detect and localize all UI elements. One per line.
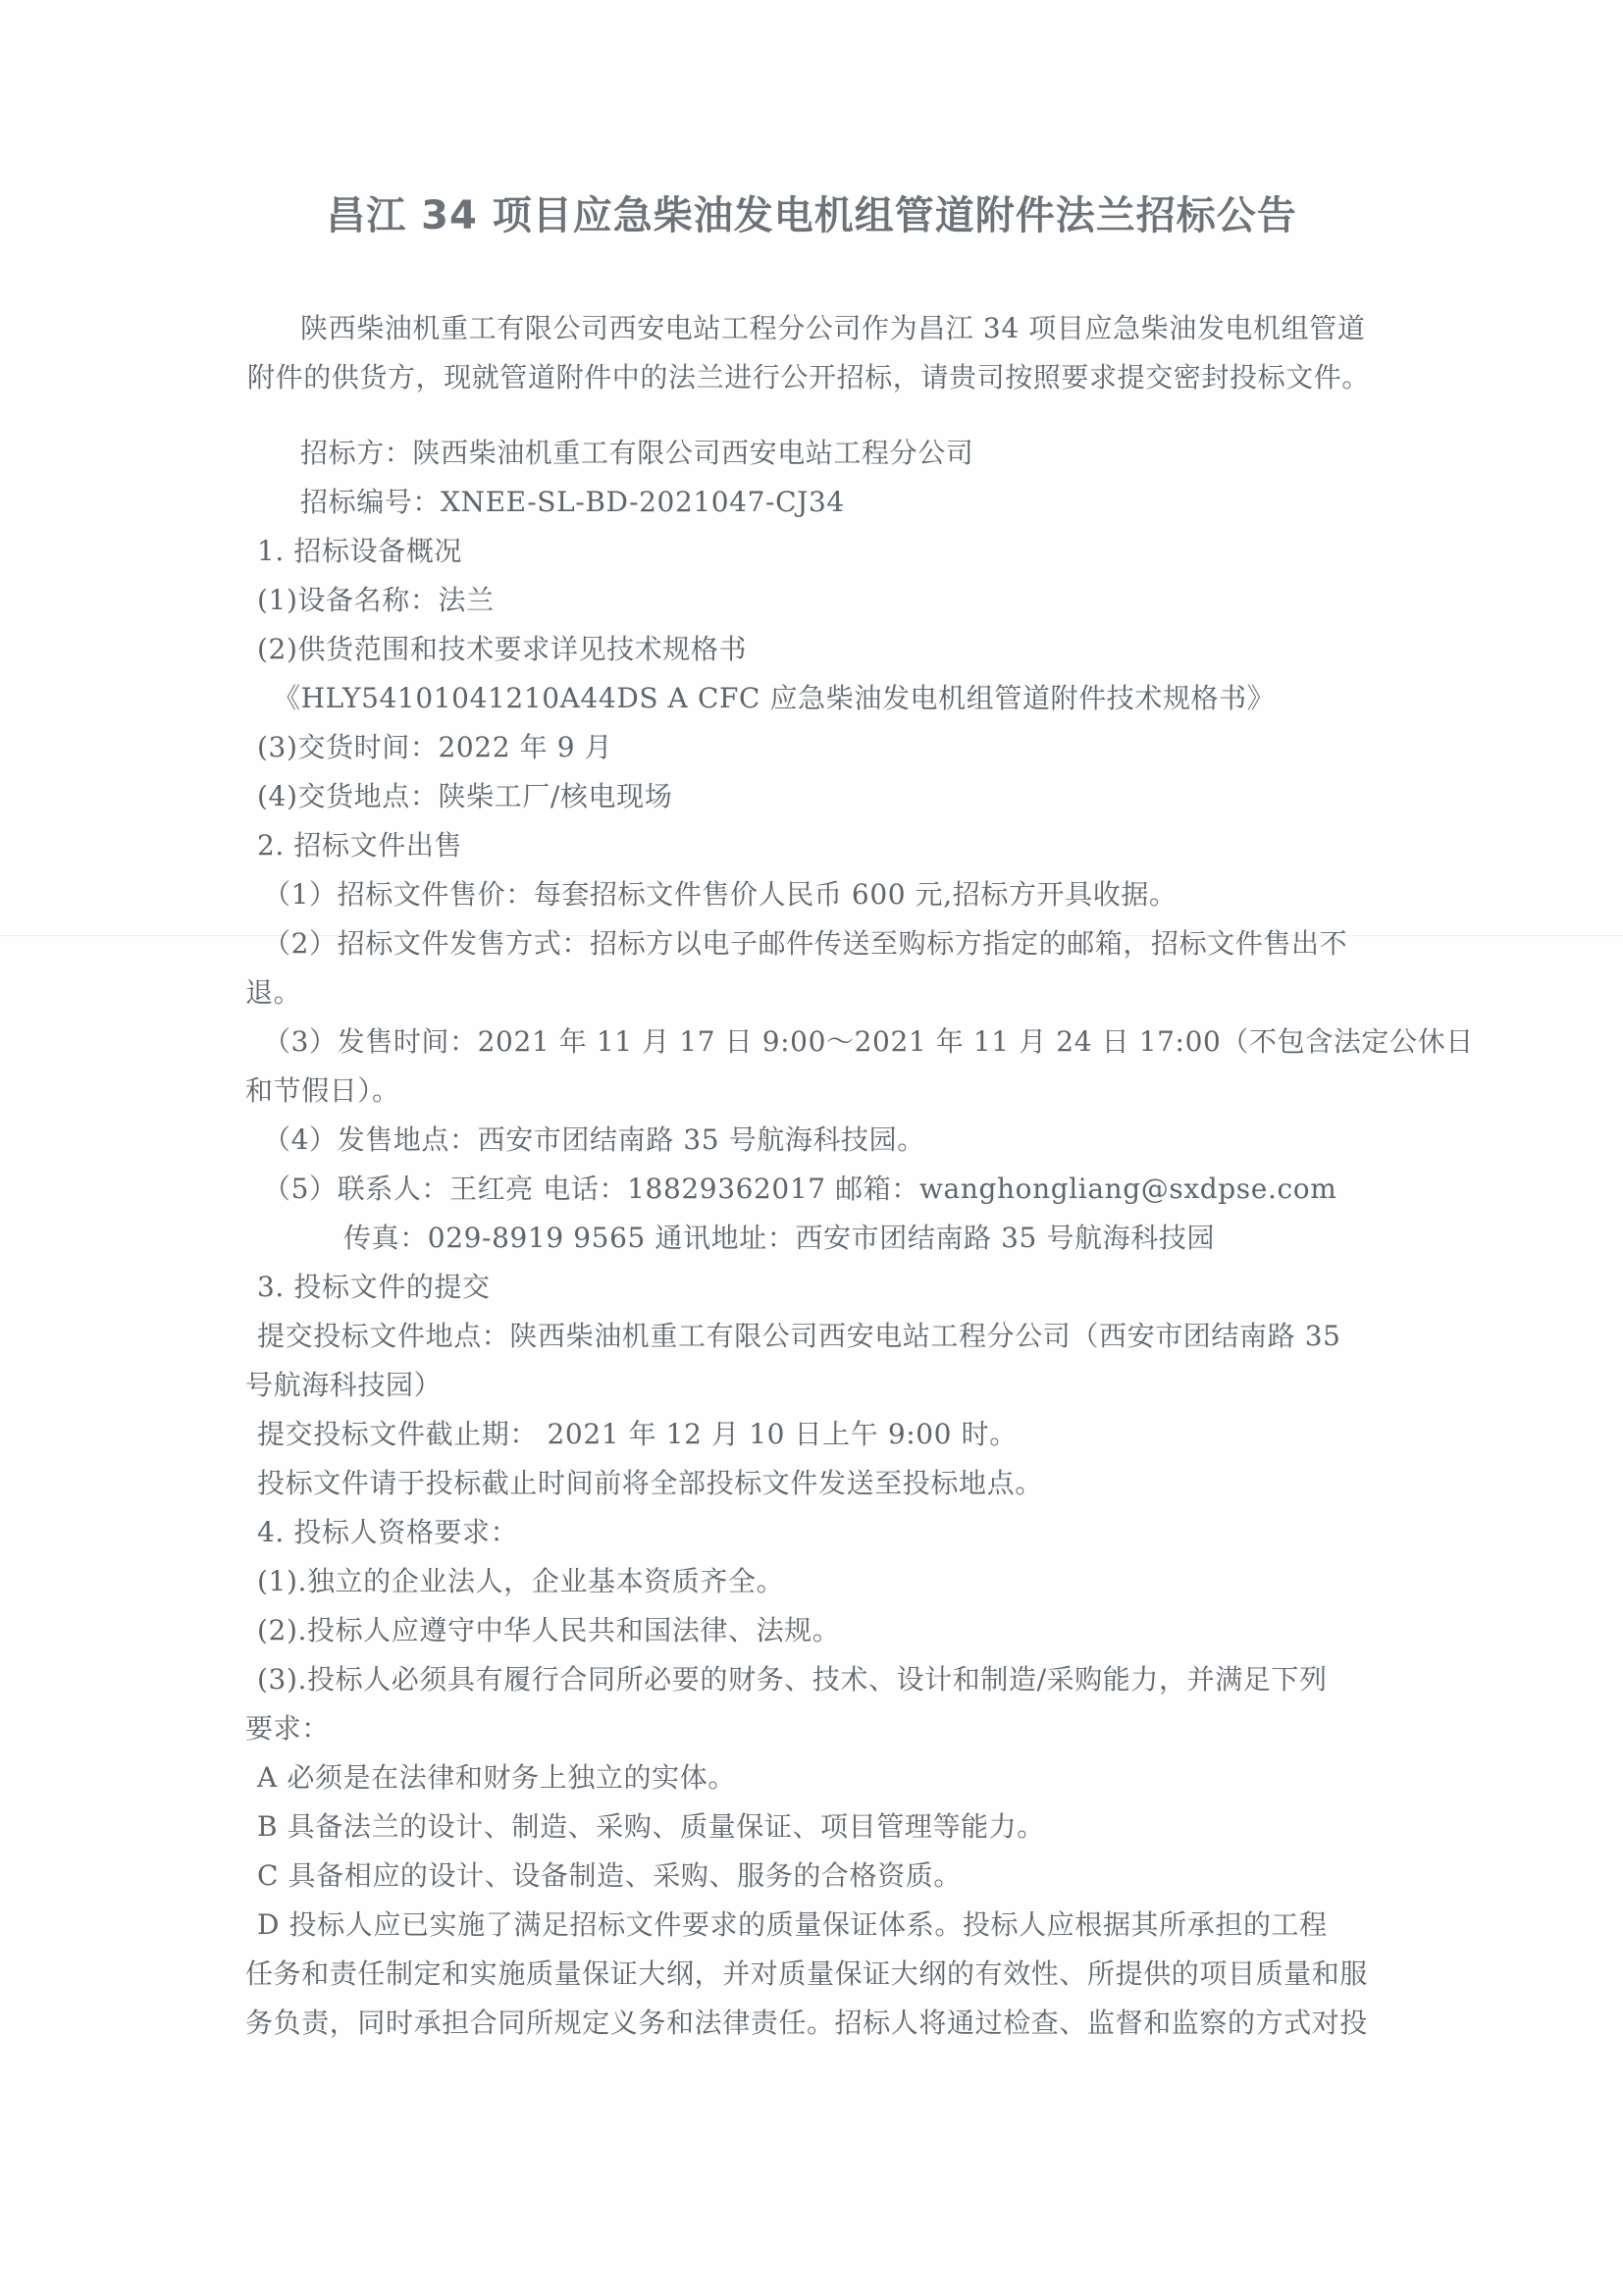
- section-3-item: 提交投标文件地点：陕西柴油机重工有限公司西安电站工程分公司（西安市团结南路 35: [257, 1320, 1341, 1353]
- section-4-item: (2).投标人应遵守中华人民共和国法律、法规。: [257, 1614, 840, 1647]
- section-1-item: (4)交货地点：陕柴工厂/核电现场: [257, 780, 672, 813]
- section-3-item: 号航海科技园）: [245, 1369, 442, 1402]
- section-1-heading: 1. 招标设备概况: [257, 535, 462, 568]
- section-4-item: (3).投标人必须具有履行合同所必要的财务、技术、设计和制造/采购能力，并满足下…: [257, 1663, 1328, 1696]
- section-4-item: 任务和责任制定和实施质量保证大纲，并对质量保证大纲的有效性、所提供的项目质量和服: [245, 1957, 1368, 1991]
- section-1-item: (3)交货时间：2022 年 9 月: [257, 731, 612, 764]
- document-page: 昌江 34 项目应急柴油发电机组管道附件法兰招标公告 陕西柴油机重工有限公司西安…: [0, 0, 1623, 2296]
- section-4-item: 要求：: [245, 1712, 330, 1746]
- section-4-item: C 具备相应的设计、设备制造、采购、服务的合格资质。: [257, 1859, 962, 1893]
- section-3-heading: 3. 投标文件的提交: [257, 1271, 491, 1304]
- section-1-item: 《HLY54101041210A44DS A CFC 应急柴油发电机组管道附件技…: [273, 682, 1275, 715]
- section-4-item: B 具备法兰的设计、制造、采购、质量保证、项目管理等能力。: [257, 1810, 1045, 1844]
- section-2-item: 退。: [245, 976, 301, 1010]
- section-2-item: （3）发售时间：2021 年 11 月 17 日 9:00～2021 年 11 …: [263, 1025, 1474, 1059]
- section-1-item: (2)供货范围和技术要求详见技术规格书: [257, 633, 747, 666]
- document-title: 昌江 34 项目应急柴油发电机组管道附件法兰招标公告: [0, 184, 1623, 240]
- section-4-item: (1).独立的企业法人，企业基本资质齐全。: [257, 1565, 784, 1598]
- section-4-item: 务负责，同时承担合同所规定义务和法律责任。招标人将通过检查、监督和监察的方式对投: [245, 2007, 1368, 2040]
- section-2-item: （1）招标文件售价：每套招标文件售价人民币 600 元,招标方开具收据。: [263, 878, 1178, 912]
- section-3-item: 提交投标文件截止期： 2021 年 12 月 10 日上午 9:00 时。: [257, 1418, 1018, 1451]
- tender-number: 招标编号：XNEE-SL-BD-2021047-CJ34: [300, 486, 845, 519]
- intro-line-1: 陕西柴油机重工有限公司西安电站工程分公司作为昌江 34 项目应急柴油发电机组管道: [300, 312, 1365, 345]
- intro-line-2: 附件的供货方，现就管道附件中的法兰进行公开招标，请贵司按照要求提交密封投标文件。: [247, 361, 1370, 394]
- section-2-item: （2）招标文件发售方式：招标方以电子邮件传送至购标方指定的邮箱，招标文件售出不: [263, 927, 1347, 961]
- section-2-heading: 2. 招标文件出售: [257, 829, 462, 862]
- tenderer: 招标方：陕西柴油机重工有限公司西安电站工程分公司: [300, 437, 973, 470]
- section-2-item: （5）联系人：王红亮 电话：18829362017 邮箱：wanghonglia…: [263, 1173, 1336, 1206]
- section-2-item: 和节假日）。: [245, 1074, 400, 1108]
- section-3-item: 投标文件请于投标截止时间前将全部投标文件发送至投标地点。: [257, 1467, 1043, 1500]
- section-4-item: A 必须是在法律和财务上独立的实体。: [257, 1761, 736, 1795]
- section-4-heading: 4. 投标人资格要求：: [257, 1516, 518, 1549]
- section-2-item: 传真：029-8919 9565 通讯地址：西安市团结南路 35 号航海科技园: [343, 1222, 1215, 1255]
- section-4-item: D 投标人应已实施了满足招标文件要求的质量保证体系。投标人应根据其所承担的工程: [257, 1908, 1328, 1942]
- section-1-item: (1)设备名称：法兰: [257, 584, 495, 617]
- section-2-item: （4）发售地点：西安市团结南路 35 号航海科技园。: [263, 1123, 925, 1157]
